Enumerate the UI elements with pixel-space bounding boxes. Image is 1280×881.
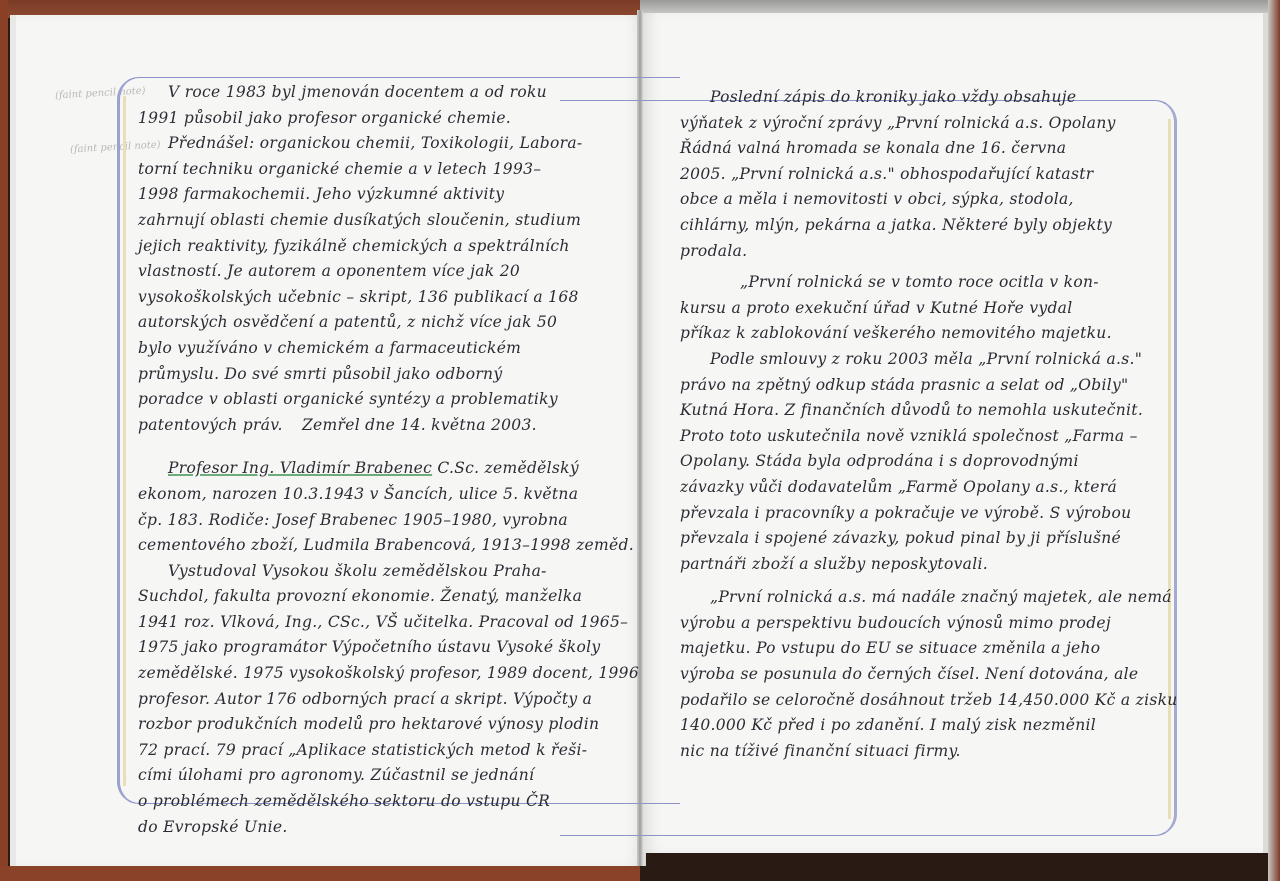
text-line: Podle smlouvy z roku 2003 měla „První ro… xyxy=(680,347,1200,373)
text-line: bylo využíváno v chemickém a farmaceutic… xyxy=(138,336,638,362)
text-line: zahrnují oblasti chemie dusíkatých slouč… xyxy=(138,208,638,234)
left-page-text: V roce 1983 byl jmenován docentem a od r… xyxy=(138,80,638,840)
text-line: torní techniku organické chemie a v lete… xyxy=(138,157,638,183)
book-cover-left-edge xyxy=(0,0,8,881)
right-page-text: Poslední zápis do kroniky jako vždy obsa… xyxy=(680,85,1200,764)
text-line: patentových práv. Zemřel dne 14. května … xyxy=(138,413,638,439)
text-line: čp. 183. Rodiče: Josef Brabenec 1905–198… xyxy=(138,508,638,534)
paragraph-biography-2: Profesor Ing. Vladimír Brabenec C.Sc. ze… xyxy=(138,456,638,840)
text-line: ekonom, narozen 10.3.1943 v Šancích, uli… xyxy=(138,482,638,508)
paragraph-financial-situation: „První rolnická a.s. má nadále značný ma… xyxy=(680,585,1200,764)
text-line: podařilo se celoročně dosáhnout tržeb 14… xyxy=(680,688,1200,714)
text-line: 72 prací. 79 prací „Aplikace statistický… xyxy=(138,738,638,764)
text-line: „První rolnická se v tomto roce ocitla v… xyxy=(680,270,1200,296)
text-line: cementového zboží, Ludmila Brabencová, 1… xyxy=(138,533,638,559)
text-line: Vystudoval Vysokou školu zemědělskou Pra… xyxy=(138,559,638,585)
text-line: závazky vůči dodavatelům „Farmě Opolany … xyxy=(680,475,1200,501)
paragraph-biography-1: V roce 1983 byl jmenován docentem a od r… xyxy=(138,80,638,438)
text-line: nic na tíživé finanční situaci firmy. xyxy=(680,739,1200,765)
text-line: poradce v oblasti organické syntézy a pr… xyxy=(138,387,638,413)
text-line: převzala i spojené závazky, pokud pinal … xyxy=(680,526,1200,552)
text-line: Profesor Ing. Vladimír Brabenec C.Sc. ze… xyxy=(138,456,638,482)
text-line: Opolany. Stáda byla odprodána i s doprov… xyxy=(680,449,1200,475)
text-line: cími úlohami pro agronomy. Zúčastnil se … xyxy=(138,763,638,789)
text-line: Poslední zápis do kroniky jako vždy obsa… xyxy=(680,85,1200,111)
text-line: „První rolnická a.s. má nadále značný ma… xyxy=(680,585,1200,611)
book-cover-right-edge xyxy=(1268,0,1280,881)
text-line: vlastností. Je autorem a oponentem více … xyxy=(138,259,638,285)
text-line: o problémech zemědělského sektoru do vst… xyxy=(138,789,638,815)
text-line: Suchdol, fakulta provozní ekonomie. Žena… xyxy=(138,584,638,610)
text-line: výroba se posunula do černých čísel. Nen… xyxy=(680,662,1200,688)
text-line: obce a měla i nemovitosti v obci, sýpka,… xyxy=(680,187,1200,213)
book-cover-bottom xyxy=(0,866,640,881)
text-line: 1991 působil jako profesor organické che… xyxy=(138,106,638,132)
text-line: příkaz k zablokování veškerého nemovitéh… xyxy=(680,321,1200,347)
text-line: kursu a proto exekuční úřad v Kutné Hoře… xyxy=(680,296,1200,322)
text-line: 1998 farmakochemii. Jeho výzkumné aktivi… xyxy=(138,182,638,208)
text-line: V roce 1983 byl jmenován docentem a od r… xyxy=(138,80,638,106)
text-line: 2005. „První rolnická a.s." obhospodařuj… xyxy=(680,162,1200,188)
text-line: převzala i pracovníky a pokračuje ve výr… xyxy=(680,501,1200,527)
text-line: profesor. Autor 176 odborných prací a sk… xyxy=(138,687,638,713)
text-line: cihlárny, mlýn, pekárna a jatka. Některé… xyxy=(680,213,1200,239)
text-line: majetku. Po vstupu do EU se situace změn… xyxy=(680,636,1200,662)
text-line: vysokoškolských učebnic – skript, 136 pu… xyxy=(138,285,638,311)
text-line: rozbor produkčních modelů pro hektarové … xyxy=(138,712,638,738)
paragraph-chronicle-intro: Poslední zápis do kroniky jako vždy obsa… xyxy=(680,85,1200,264)
text-line: právo na zpětný odkup stáda prasnic a se… xyxy=(680,373,1200,399)
text-line: výňatek z výroční zprávy „První rolnická… xyxy=(680,111,1200,137)
text-line: 140.000 Kč před i po zdanění. I malý zis… xyxy=(680,713,1200,739)
text-line: prodala. xyxy=(680,239,1200,265)
text-line: autorských osvědčení a patentů, z nichž … xyxy=(138,310,638,336)
text-line: Proto toto uskutečnila nově vzniklá spol… xyxy=(680,424,1200,450)
text-line: partnáři zboží a služby neposkytovali. xyxy=(680,552,1200,578)
death-date-note: Zemřel dne 14. května 2003. xyxy=(288,416,537,434)
text-line: Přednášel: organickou chemii, Toxikologi… xyxy=(138,131,638,157)
text-fragment: C.Sc. zemědělský xyxy=(437,459,579,477)
text-line: do Evropské Unie. xyxy=(138,815,638,841)
paragraph-contract: Podle smlouvy z roku 2003 měla „První ro… xyxy=(680,347,1200,577)
text-line: Kutná Hora. Z finančních důvodů to nemoh… xyxy=(680,398,1200,424)
text-line: 1975 jako programátor Výpočetního ústavu… xyxy=(138,635,638,661)
text-line: průmyslu. Do své smrti působil jako odbo… xyxy=(138,362,638,388)
text-line: 1941 roz. Vlková, Ing., CSc., VŠ učitelk… xyxy=(138,610,638,636)
text-line: Řádná valná hromada se konala dne 16. če… xyxy=(680,136,1200,162)
text-fragment: patentových práv. xyxy=(138,416,283,434)
person-name-heading: Profesor Ing. Vladimír Brabenec xyxy=(168,459,432,477)
text-line: výrobu a perspektivu budoucích výnosů mi… xyxy=(680,611,1200,637)
book-cover-top-right xyxy=(640,0,1280,14)
text-line: zemědělské. 1975 vysokoškolský profesor,… xyxy=(138,661,638,687)
text-line: jejich reaktivity, fyzikálně chemických … xyxy=(138,234,638,260)
paragraph-bankruptcy: „První rolnická se v tomto roce ocitla v… xyxy=(680,270,1200,347)
